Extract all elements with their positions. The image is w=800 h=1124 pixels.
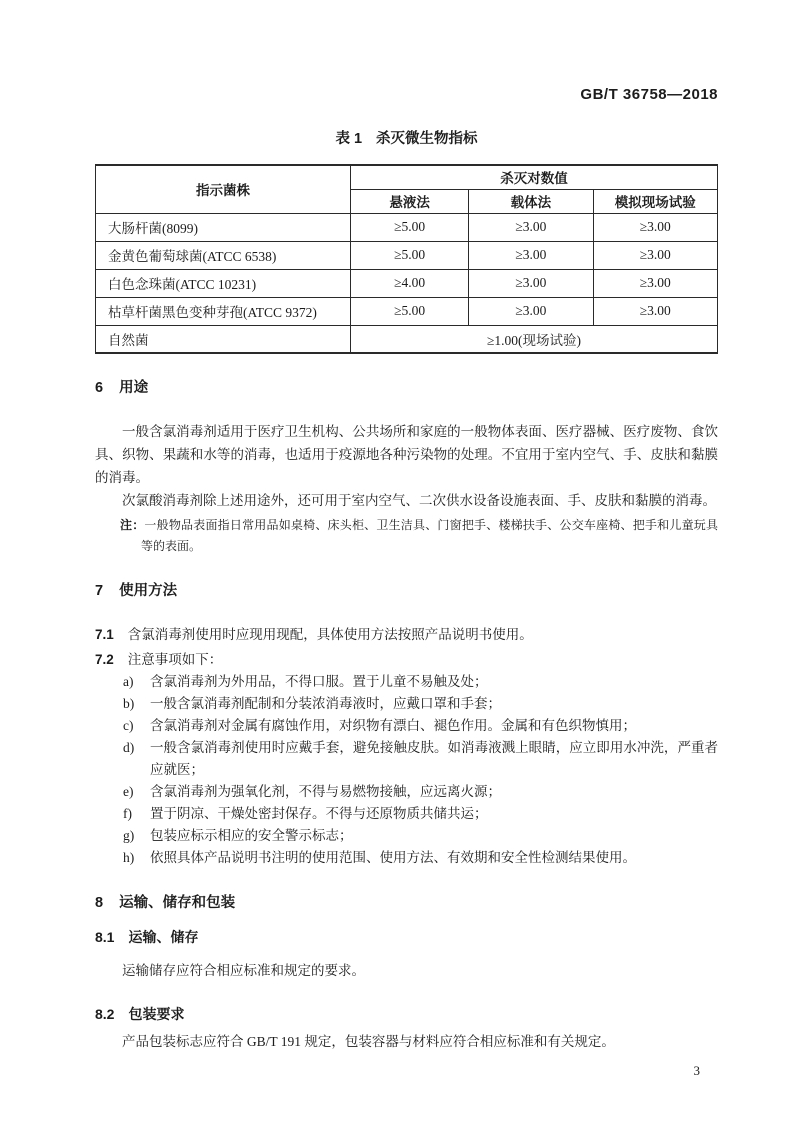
section-6-title: 用途 bbox=[119, 380, 148, 396]
list-item-f: f)置于阴凉、干燥处密封保存。不得与还原物质共储共运； bbox=[95, 803, 718, 825]
cell-value: ≥3.00 bbox=[593, 269, 717, 297]
section-8-number: 8 bbox=[95, 895, 103, 911]
table-caption-text: 杀灭微生物指标 bbox=[376, 131, 478, 147]
clause-7-1-number: 7.1 bbox=[95, 627, 114, 642]
header-kill-log-value: 杀灭对数值 bbox=[351, 165, 718, 189]
list-item-label: h) bbox=[123, 847, 150, 869]
clause-8-1-heading: 8.1运输、储存 bbox=[95, 929, 718, 945]
list-item-g: g)包装应标示相应的安全警示标志； bbox=[95, 825, 718, 847]
section-6-note: 注：一般物品表面指日常用品如桌椅、床头柜、卫生洁具、门窗把手、楼梯扶手、公交车座… bbox=[95, 515, 718, 557]
clause-7-1-text: 含氯消毒剂使用时应现用现配，具体使用方法按照产品说明书使用。 bbox=[128, 627, 533, 642]
list-item-label: g) bbox=[123, 825, 150, 847]
section-8-title: 运输、储存和包装 bbox=[119, 895, 235, 911]
strain-name: 枯草杆菌黑色变种芽孢(ATCC 9372) bbox=[96, 297, 351, 325]
table-row-natural-bacteria: 自然菌 ≥1.00(现场试验) bbox=[96, 325, 718, 353]
cell-value: ≥3.00 bbox=[593, 297, 717, 325]
list-item-text: 一般含氯消毒剂配制和分装浓消毒液时，应戴口罩和手套； bbox=[150, 693, 718, 715]
kill-microbe-index-table: 指示菌株 杀灭对数值 悬液法 载体法 模拟现场试验 大肠杆菌(8099) ≥5.… bbox=[95, 164, 718, 354]
clause-7-2: 7.2注意事项如下： bbox=[95, 648, 718, 671]
cell-value: ≥3.00 bbox=[469, 241, 593, 269]
strain-name: 白色念珠菌(ATCC 10231) bbox=[96, 269, 351, 297]
list-item-b: b)一般含氯消毒剂配制和分装浓消毒液时，应戴口罩和手套； bbox=[95, 693, 718, 715]
section-8-heading: 8运输、储存和包装 bbox=[95, 895, 718, 911]
section-6-number: 6 bbox=[95, 380, 103, 396]
header-carrier-method: 载体法 bbox=[469, 189, 593, 213]
clause-8-2-paragraph: 产品包装标志应符合 GB/T 191 规定，包装容器与材料应符合相应标准和有关规… bbox=[95, 1030, 718, 1053]
list-item-text: 含氯消毒剂对金属有腐蚀作用，对织物有漂白、褪色作用。金属和有色织物慎用； bbox=[150, 715, 718, 737]
list-item-label: f) bbox=[123, 803, 150, 825]
header-strain: 指示菌株 bbox=[96, 165, 351, 213]
header-suspension-method: 悬液法 bbox=[351, 189, 469, 213]
list-item-text: 依照具体产品说明书注明的使用范围、使用方法、有效期和安全性检测结果使用。 bbox=[150, 847, 718, 869]
page-number: 3 bbox=[95, 1063, 718, 1079]
cell-value: ≥1.00(现场试验) bbox=[351, 325, 718, 353]
clause-7-1: 7.1含氯消毒剂使用时应现用现配，具体使用方法按照产品说明书使用。 bbox=[95, 623, 718, 646]
cell-value: ≥3.00 bbox=[469, 297, 593, 325]
section-7-number: 7 bbox=[95, 583, 103, 599]
list-item-h: h)依照具体产品说明书注明的使用范围、使用方法、有效期和安全性检测结果使用。 bbox=[95, 847, 718, 869]
cell-value: ≥3.00 bbox=[593, 213, 717, 241]
cell-value: ≥5.00 bbox=[351, 213, 469, 241]
section-7-title: 使用方法 bbox=[119, 583, 177, 599]
table-row: 枯草杆菌黑色变种芽孢(ATCC 9372) ≥5.00 ≥3.00 ≥3.00 bbox=[96, 297, 718, 325]
precaution-list: a)含氯消毒剂为外用品，不得口服。置于儿童不易触及处； b)一般含氯消毒剂配制和… bbox=[95, 671, 718, 869]
list-item-text: 置于阴凉、干燥处密封保存。不得与还原物质共储共运； bbox=[150, 803, 718, 825]
clause-8-1-paragraph: 运输储存应符合相应标准和规定的要求。 bbox=[95, 959, 718, 982]
strain-name: 金黄色葡萄球菌(ATCC 6538) bbox=[96, 241, 351, 269]
section-6-paragraph-1: 一般含氯消毒剂适用于医疗卫生机构、公共场所和家庭的一般物体表面、医疗器械、医疗废… bbox=[95, 420, 718, 489]
list-item-e: e)含氯消毒剂为强氧化剂，不得与易燃物接触，应远离火源； bbox=[95, 781, 718, 803]
clause-8-2-title: 包装要求 bbox=[128, 1006, 184, 1022]
section-7-heading: 7使用方法 bbox=[95, 583, 718, 599]
list-item-label: d) bbox=[123, 737, 150, 781]
clause-8-2-number: 8.2 bbox=[95, 1006, 114, 1022]
strain-name: 自然菌 bbox=[96, 325, 351, 353]
cell-value: ≥3.00 bbox=[469, 269, 593, 297]
table-row: 金黄色葡萄球菌(ATCC 6538) ≥5.00 ≥3.00 ≥3.00 bbox=[96, 241, 718, 269]
list-item-label: b) bbox=[123, 693, 150, 715]
clause-8-1-title: 运输、储存 bbox=[128, 929, 198, 945]
clause-7-2-text: 注意事项如下： bbox=[128, 652, 223, 667]
list-item-label: a) bbox=[123, 671, 150, 693]
clause-7-2-number: 7.2 bbox=[95, 652, 114, 667]
list-item-d: d)一般含氯消毒剂使用时应戴手套，避免接触皮肤。如消毒液溅上眼睛，应立即用水冲洗… bbox=[95, 737, 718, 781]
clause-8-1-number: 8.1 bbox=[95, 929, 114, 945]
header-simulated-field-test: 模拟现场试验 bbox=[593, 189, 717, 213]
cell-value: ≥5.00 bbox=[351, 241, 469, 269]
list-item-a: a)含氯消毒剂为外用品，不得口服。置于儿童不易触及处； bbox=[95, 671, 718, 693]
note-label: 注： bbox=[120, 518, 144, 532]
clause-8-2-heading: 8.2包装要求 bbox=[95, 1006, 718, 1022]
list-item-text: 含氯消毒剂为强氧化剂，不得与易燃物接触，应远离火源； bbox=[150, 781, 718, 803]
table-row: 白色念珠菌(ATCC 10231) ≥4.00 ≥3.00 ≥3.00 bbox=[96, 269, 718, 297]
list-item-text: 一般含氯消毒剂使用时应戴手套，避免接触皮肤。如消毒液溅上眼睛，应立即用水冲洗，严… bbox=[150, 737, 718, 781]
table-caption: 表 1杀灭微生物指标 bbox=[95, 131, 718, 147]
table-caption-label: 表 1 bbox=[335, 131, 362, 147]
cell-value: ≥3.00 bbox=[593, 241, 717, 269]
cell-value: ≥3.00 bbox=[469, 213, 593, 241]
list-item-c: c)含氯消毒剂对金属有腐蚀作用，对织物有漂白、褪色作用。金属和有色织物慎用； bbox=[95, 715, 718, 737]
list-item-text: 含氯消毒剂为外用品，不得口服。置于儿童不易触及处； bbox=[150, 671, 718, 693]
note-text: 一般物品表面指日常用品如桌椅、床头柜、卫生洁具、门窗把手、楼梯扶手、公交车座椅、… bbox=[141, 518, 718, 553]
document-page: GB/T 36758—2018 表 1杀灭微生物指标 指示菌株 杀灭对数值 悬液… bbox=[0, 0, 800, 1124]
list-item-text: 包装应标示相应的安全警示标志； bbox=[150, 825, 718, 847]
list-item-label: c) bbox=[123, 715, 150, 737]
section-6-heading: 6用途 bbox=[95, 380, 718, 396]
section-6-paragraph-2: 次氯酸消毒剂除上述用途外，还可用于室内空气、二次供水设备设施表面、手、皮肤和黏膜… bbox=[95, 489, 718, 512]
strain-name: 大肠杆菌(8099) bbox=[96, 213, 351, 241]
table-header-row-1: 指示菌株 杀灭对数值 bbox=[96, 165, 718, 189]
cell-value: ≥4.00 bbox=[351, 269, 469, 297]
list-item-label: e) bbox=[123, 781, 150, 803]
table-row: 大肠杆菌(8099) ≥5.00 ≥3.00 ≥3.00 bbox=[96, 213, 718, 241]
cell-value: ≥5.00 bbox=[351, 297, 469, 325]
doc-number: GB/T 36758—2018 bbox=[95, 87, 718, 103]
